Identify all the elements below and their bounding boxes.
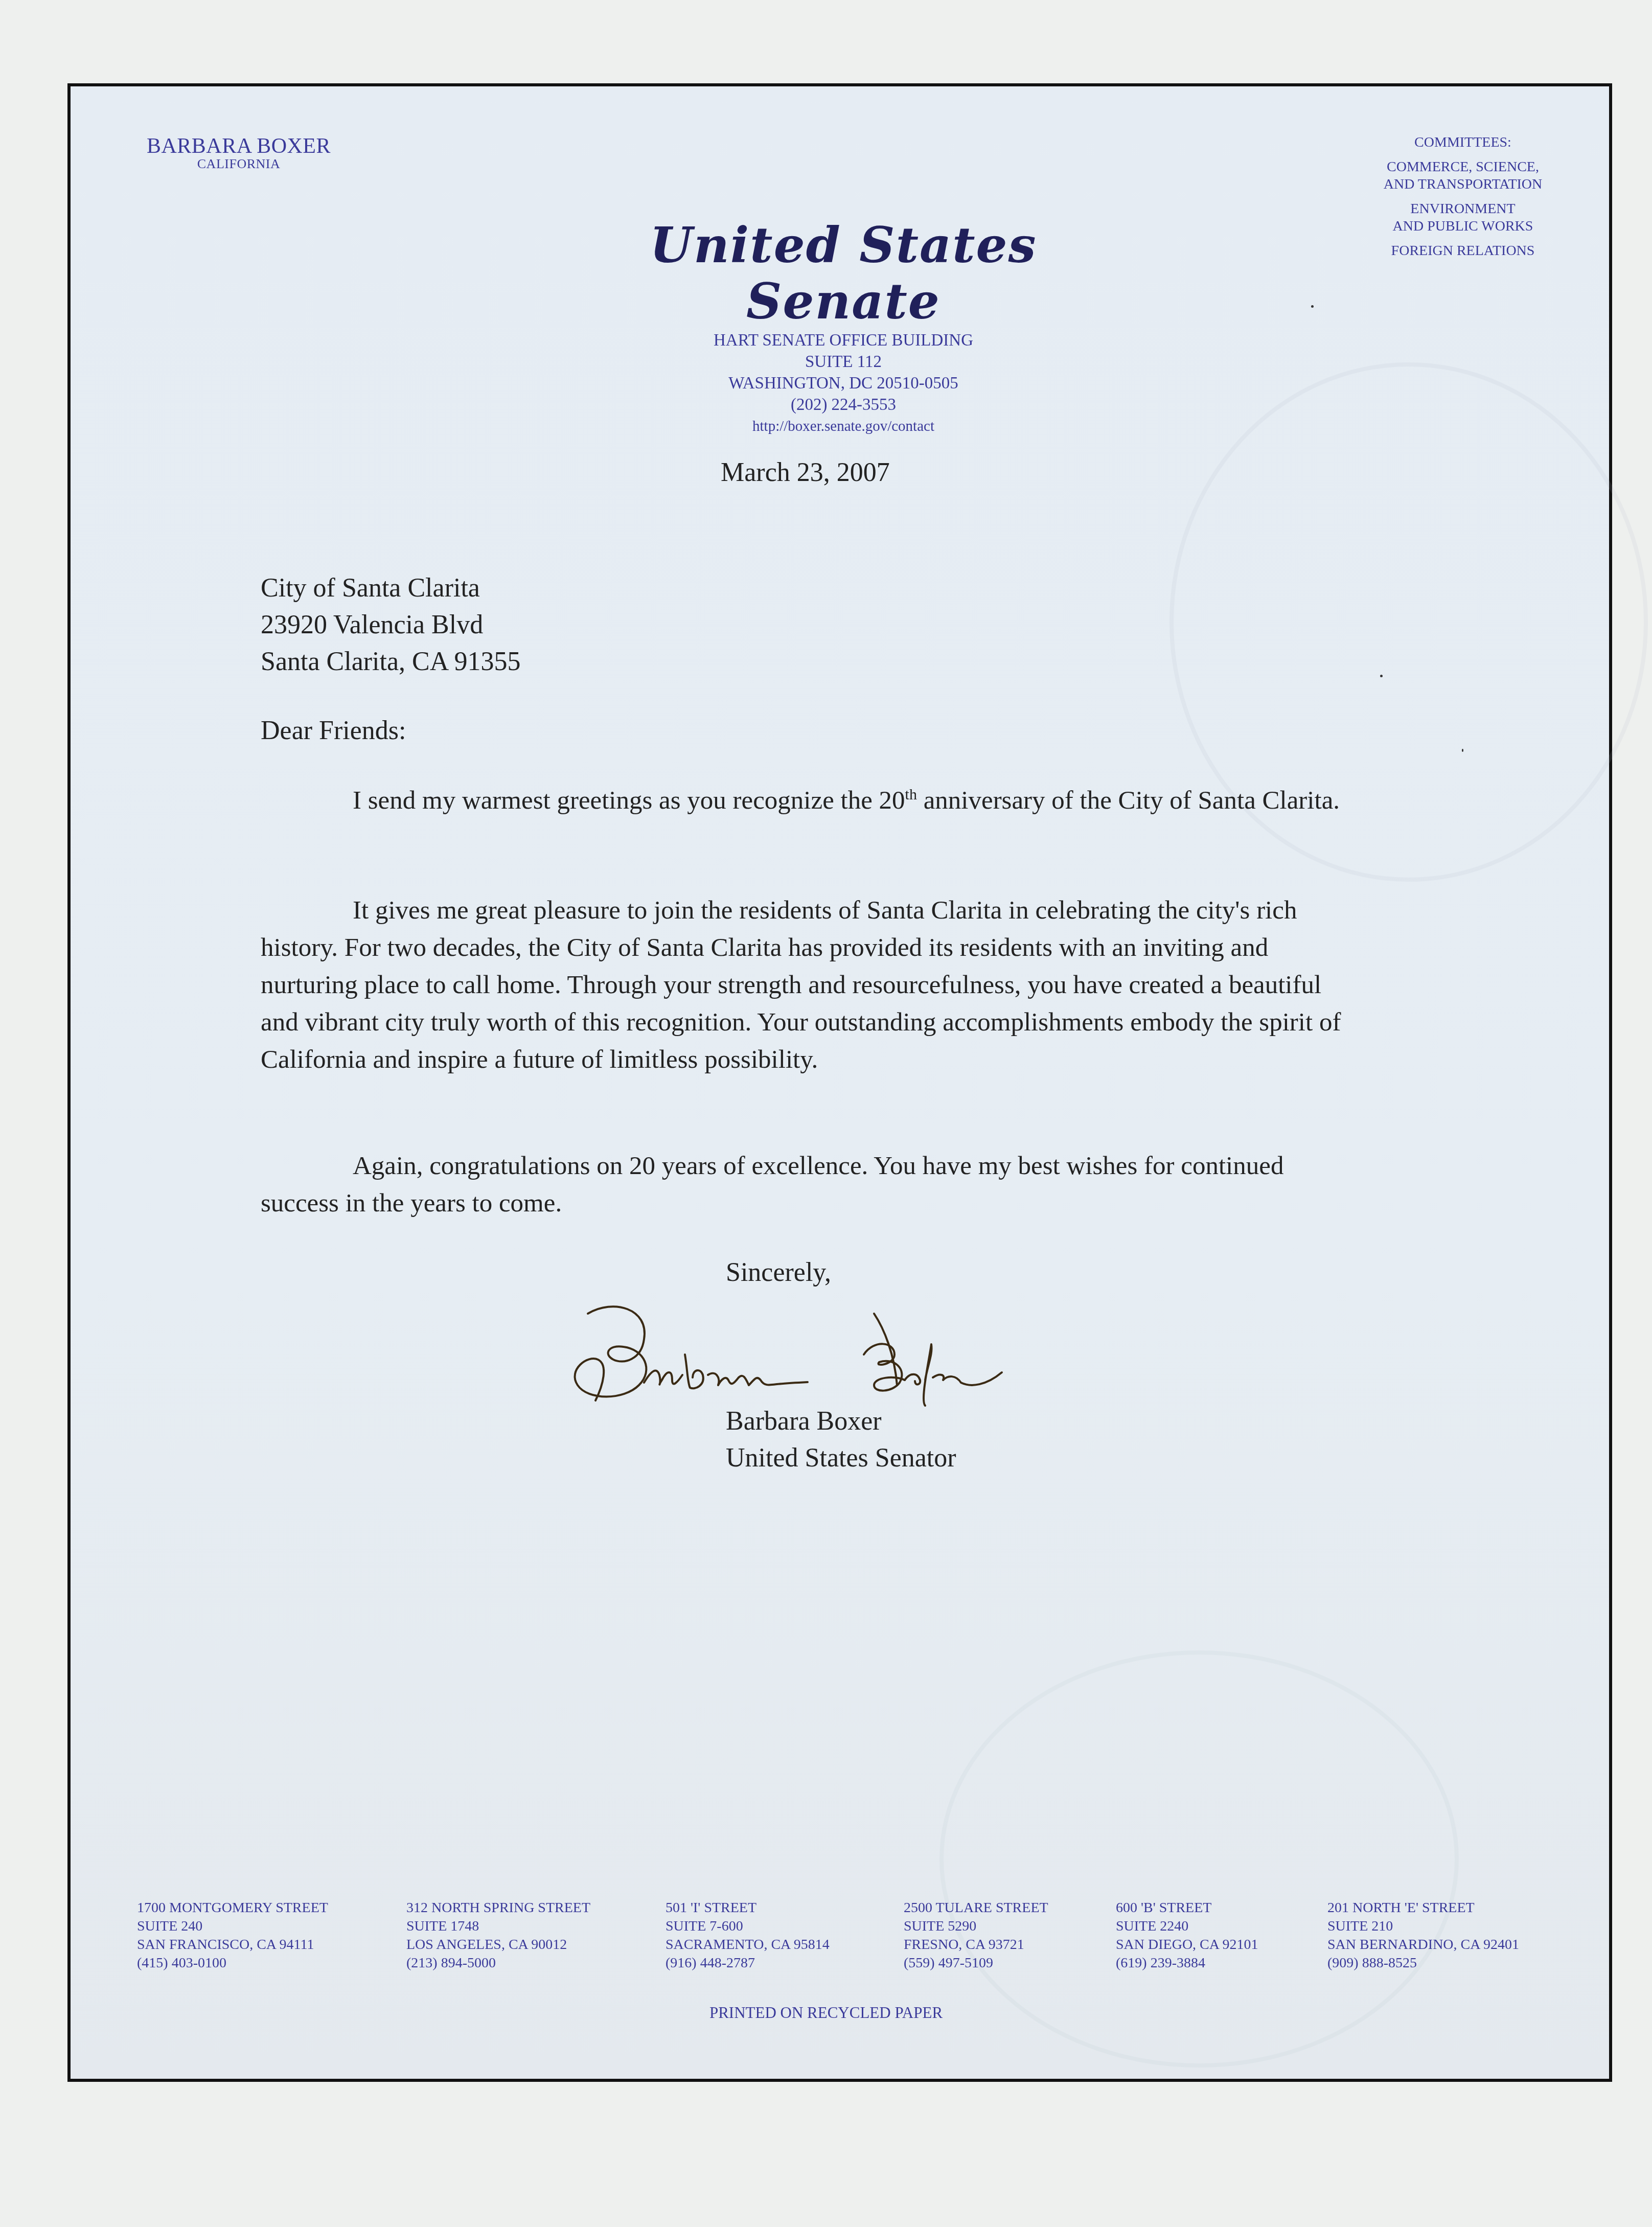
office-phone: (202) 224-3553 (562, 394, 1125, 416)
paper-speck (1380, 675, 1383, 677)
body-paragraph-2: It gives me great pleasure to join the r… (261, 892, 1355, 1078)
recycled-paper-note: PRINTED ON RECYCLED PAPER (0, 2004, 1652, 2022)
office-address: 312 NORTH SPRING STREET SUITE 1748 LOS A… (406, 1899, 590, 1972)
office-address: 1700 MONTGOMERY STREET SUITE 240 SAN FRA… (137, 1899, 328, 1972)
office-address: 501 'I' STREET SUITE 7-600 SACRAMENTO, C… (666, 1899, 830, 1972)
paragraph-text: I send my warmest greetings as you recog… (353, 786, 905, 815)
office-address-line: WASHINGTON, DC 20510-0505 (562, 373, 1125, 394)
office-phone: (213) 894-5000 (406, 1954, 590, 1972)
ordinal-suffix: th (905, 786, 917, 803)
masthead: United States Senate HART SENATE OFFICE … (562, 217, 1125, 437)
letter-date: March 23, 2007 (721, 457, 890, 488)
senator-name: BARBARA BOXER (147, 134, 331, 158)
committee-item: FOREIGN RELATIONS (1356, 242, 1570, 260)
office-address-line: HART SENATE OFFICE BUILDING (562, 330, 1125, 351)
office-city: SACRAMENTO, CA 95814 (666, 1936, 830, 1954)
office-city: SAN FRANCISCO, CA 94111 (137, 1936, 328, 1954)
closing: Sincerely, (726, 1257, 831, 1288)
office-street: 1700 MONTGOMERY STREET (137, 1899, 328, 1917)
recipient-line: 23920 Valencia Blvd (261, 607, 520, 644)
office-city: FRESNO, CA 93721 (904, 1936, 1048, 1954)
salutation: Dear Friends: (261, 716, 406, 746)
office-suite: SUITE 240 (137, 1917, 328, 1936)
body-paragraph-1: I send my warmest greetings as you recog… (261, 782, 1355, 819)
paper-speck (1462, 749, 1463, 752)
office-phone: (415) 403-0100 (137, 1954, 328, 1972)
paper-speck (1311, 305, 1314, 308)
office-address: 201 NORTH 'E' STREET SUITE 210 SAN BERNA… (1327, 1899, 1519, 1972)
paragraph-text: anniversary of the City of Santa Clarita… (917, 786, 1340, 815)
institution-title: United States Senate (562, 217, 1125, 330)
office-street: 600 'B' STREET (1116, 1899, 1258, 1917)
office-phone: (559) 497-5109 (904, 1954, 1048, 1972)
signer-title: United States Senator (726, 1440, 956, 1477)
signer-name: Barbara Boxer (726, 1403, 956, 1440)
office-suite: SUITE 210 (1327, 1917, 1519, 1936)
recipient-line: Santa Clarita, CA 91355 (261, 644, 520, 680)
contact-url[interactable]: http://boxer.senate.gov/contact (562, 416, 1125, 437)
committee-item: ENVIRONMENT AND PUBLIC WORKS (1356, 200, 1570, 235)
committee-item: COMMERCE, SCIENCE, AND TRANSPORTATION (1356, 158, 1570, 193)
handwritten-signature-icon (567, 1298, 1068, 1411)
office-street: 501 'I' STREET (666, 1899, 830, 1917)
senator-letterhead-name: BARBARA BOXER CALIFORNIA (139, 134, 338, 172)
office-phone: (916) 448-2787 (666, 1954, 830, 1972)
office-city: SAN BERNARDINO, CA 92401 (1327, 1936, 1519, 1954)
office-address: 600 'B' STREET SUITE 2240 SAN DIEGO, CA … (1116, 1899, 1258, 1972)
office-address-line: SUITE 112 (562, 351, 1125, 373)
office-suite: SUITE 5290 (904, 1917, 1048, 1936)
office-address: 2500 TULARE STREET SUITE 5290 FRESNO, CA… (904, 1899, 1048, 1972)
office-street: 2500 TULARE STREET (904, 1899, 1048, 1917)
body-paragraph-3: Again, congratulations on 20 years of ex… (261, 1147, 1355, 1222)
office-suite: SUITE 7-600 (666, 1917, 830, 1936)
office-street: 201 NORTH 'E' STREET (1327, 1899, 1519, 1917)
recipient-line: City of Santa Clarita (261, 570, 520, 607)
office-suite: SUITE 1748 (406, 1917, 590, 1936)
signer-block: Barbara Boxer United States Senator (726, 1403, 956, 1477)
office-city: LOS ANGELES, CA 90012 (406, 1936, 590, 1954)
office-suite: SUITE 2240 (1116, 1917, 1258, 1936)
office-phone: (909) 888-8525 (1327, 1954, 1519, 1972)
senator-state: CALIFORNIA (139, 156, 338, 172)
office-city: SAN DIEGO, CA 92101 (1116, 1936, 1258, 1954)
committees-label: COMMITTEES: (1356, 134, 1570, 151)
office-street: 312 NORTH SPRING STREET (406, 1899, 590, 1917)
office-phone: (619) 239-3884 (1116, 1954, 1258, 1972)
recipient-address: City of Santa Clarita 23920 Valencia Blv… (261, 570, 520, 680)
committees-block: COMMITTEES: COMMERCE, SCIENCE, AND TRANS… (1356, 134, 1570, 260)
